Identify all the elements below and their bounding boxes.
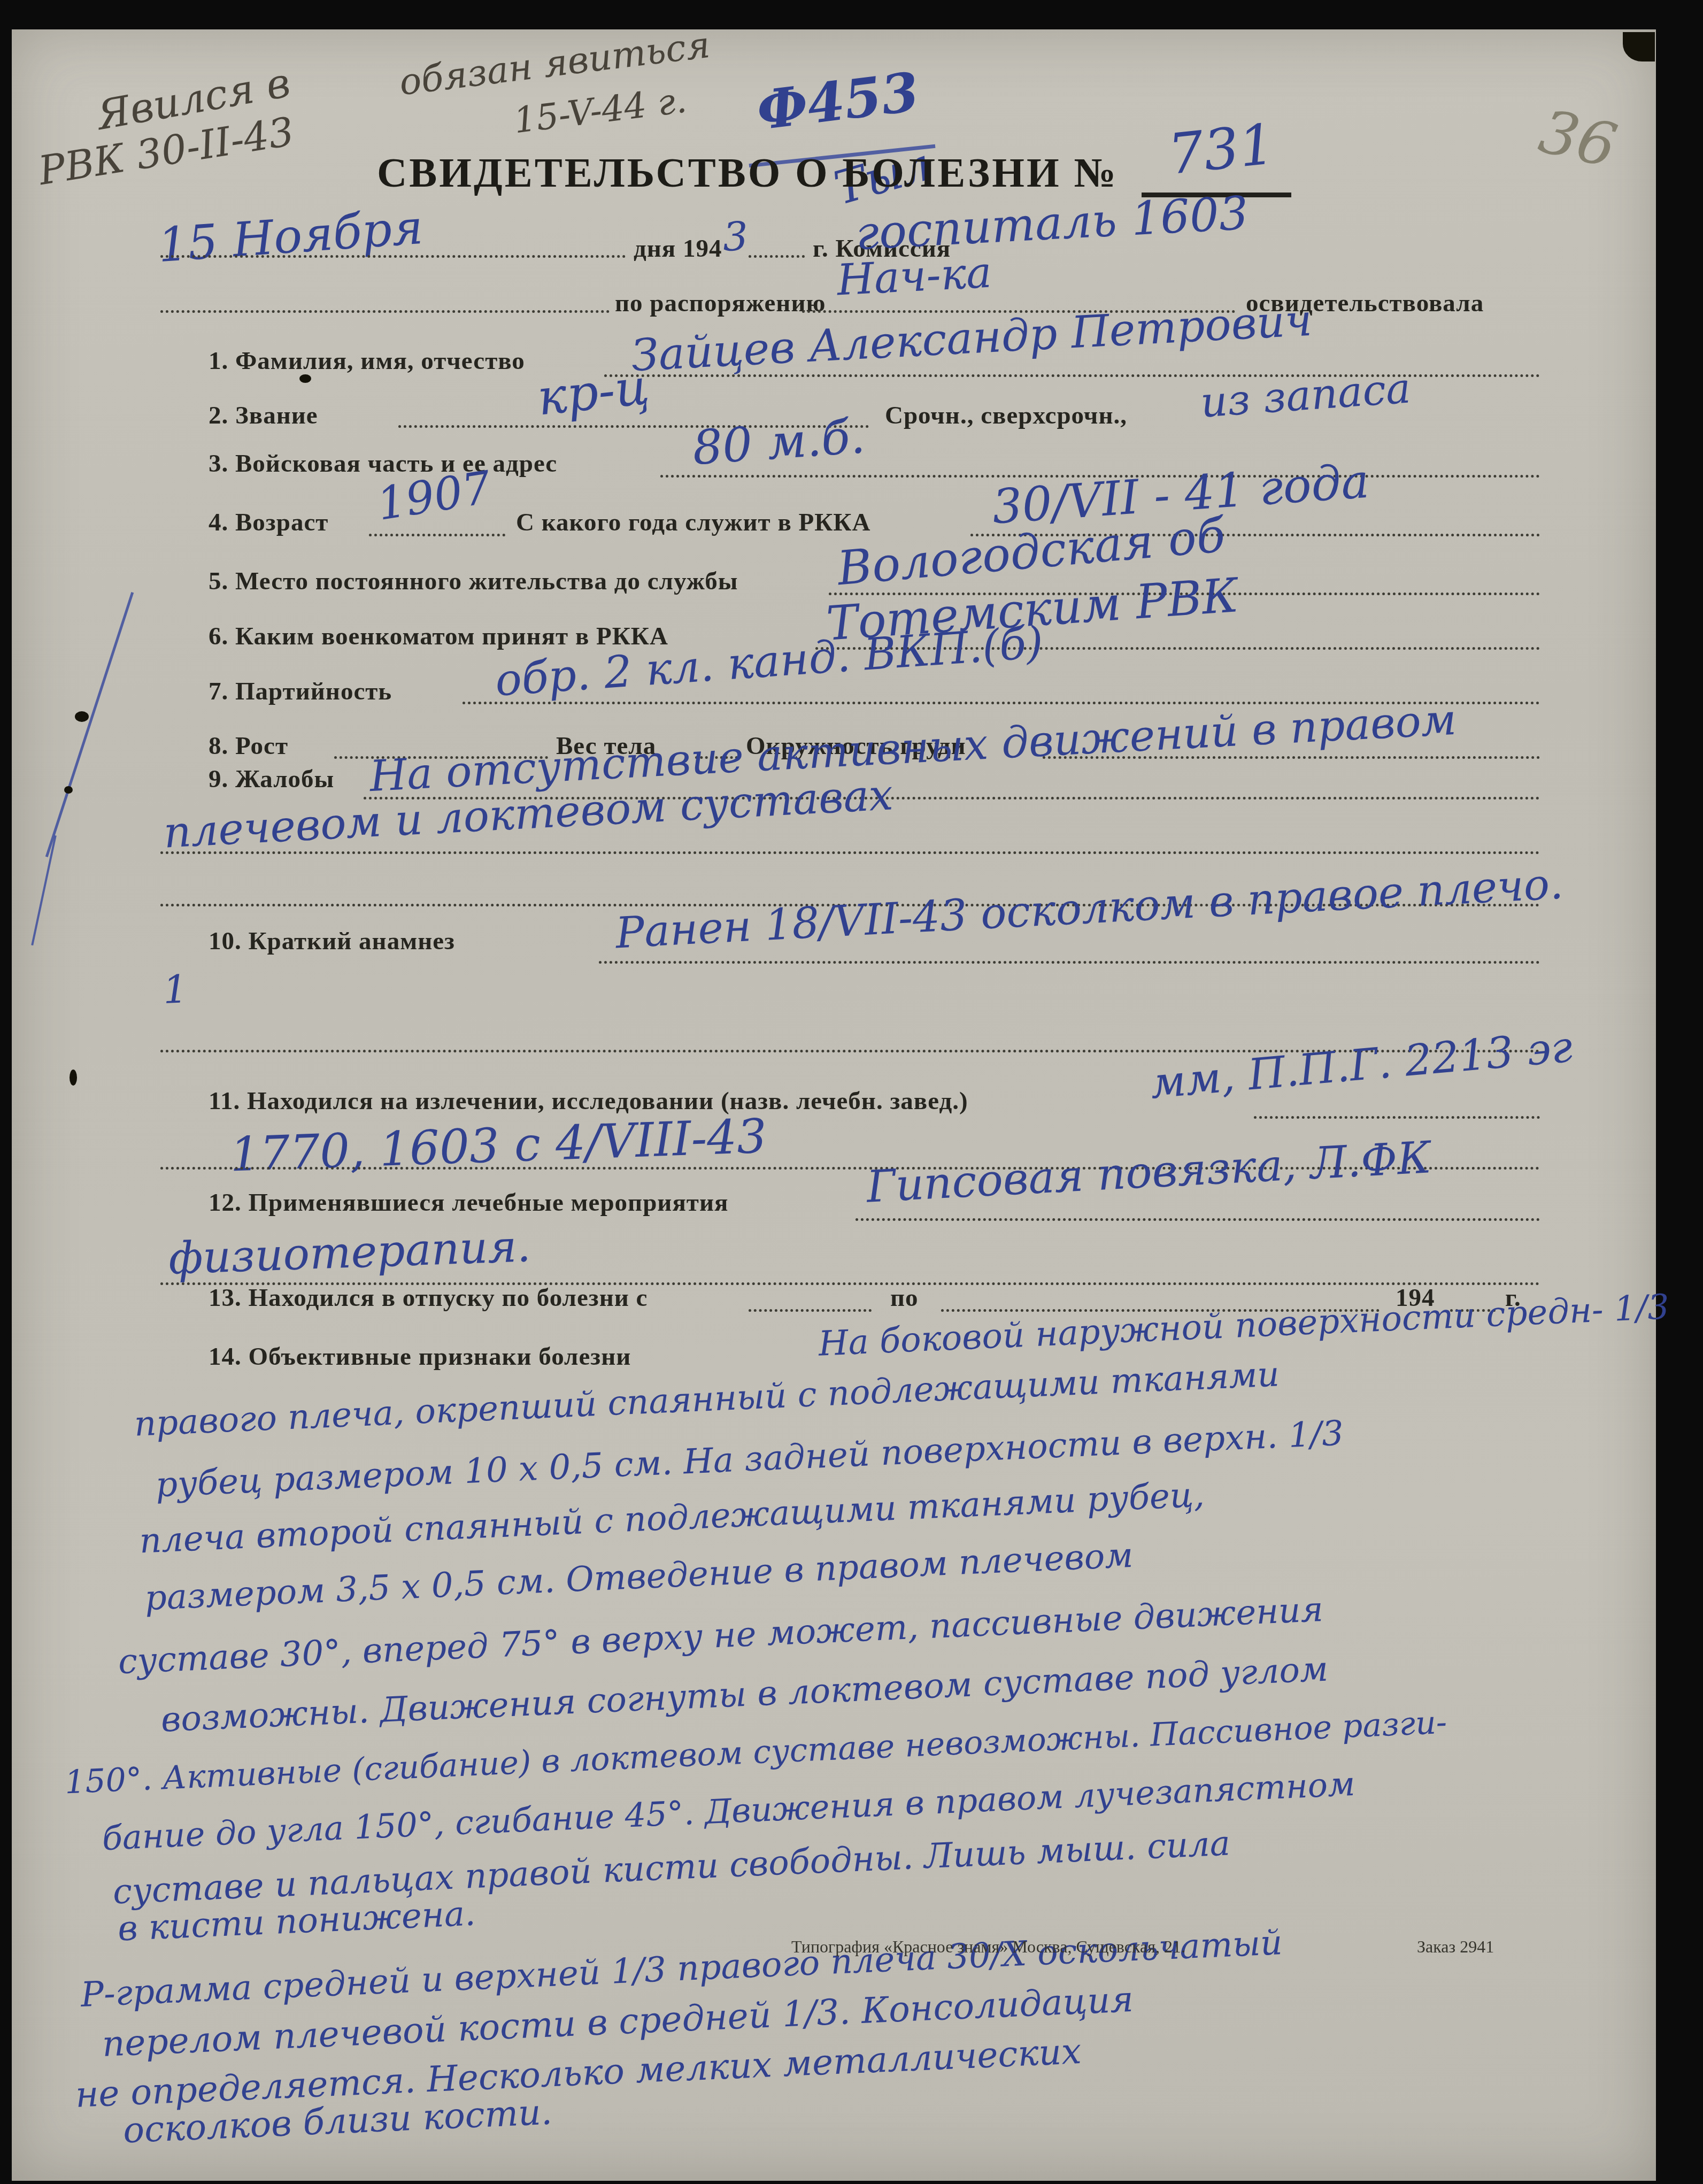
field10-label: 10. Краткий анамнез <box>209 927 455 956</box>
paper-speck <box>75 711 89 722</box>
dotted-line <box>160 310 610 313</box>
field9-value-line1: На отсутствие активных движений в правом <box>368 695 1458 801</box>
dotted-line <box>369 534 505 536</box>
annotation-due-line2: 15-V-44 г. <box>512 80 689 142</box>
document-number-handwritten: 731 <box>1165 111 1277 187</box>
field11-label: 11. Находился на излечении, исследовании… <box>209 1087 968 1116</box>
paper-speck <box>70 1070 77 1086</box>
field1-label: 1. Фамилия, имя, отчество <box>209 347 525 375</box>
dotted-line <box>856 1218 1540 1221</box>
commission-handwritten: госпиталь 1603 <box>854 187 1250 260</box>
pencil-page-number: 36 <box>1533 97 1623 182</box>
dotted-line <box>749 1309 872 1312</box>
field11-value-line1: мм, П.П.Г. 2213 эг <box>1148 1022 1574 1109</box>
margin-ink-stroke <box>45 592 134 857</box>
field12-label: 12. Применявшиеся лечебные мероприятия <box>209 1188 728 1217</box>
field2-value2: из запаса <box>1199 364 1412 427</box>
paper-speck <box>1623 32 1655 61</box>
field2-value: кр-ц <box>535 358 652 426</box>
field9-label: 9. Жалобы <box>209 765 334 794</box>
field5-label: 5. Место постоянного жительства до служб… <box>209 567 738 596</box>
field4-label2: С какого года служит в РККА <box>516 508 870 537</box>
field6-label: 6. Каким военкоматом принят в РККА <box>209 622 668 651</box>
date-year-label: дня 194 <box>634 234 722 263</box>
paper-speck <box>64 786 73 794</box>
field13-label: 13. Находился в отпуску по болезни с <box>209 1283 648 1312</box>
scanned-document-photo: { "annotations": { "arrived_line1": "Яви… <box>0 0 1703 2184</box>
field7-label: 7. Партийность <box>209 677 392 706</box>
field3-label: 3. Войсковая часть и ее адрес <box>209 449 557 478</box>
document-content: Явился в РВК 30-II-43 обязан явиться 15-… <box>0 0 1703 2184</box>
field3-value: 80 м.б. <box>691 409 867 475</box>
dotted-line <box>749 255 805 258</box>
order-handwritten: Нач-ка <box>836 247 993 305</box>
dotted-line <box>160 851 1540 854</box>
field14-line: На боковой наружной поверхности средн- 1… <box>818 1287 1670 1364</box>
document-title: СВИДЕТЕЛЬСТВО О БОЛЕЗНИ № <box>377 149 1118 197</box>
order-label: по распоряжению <box>615 289 826 318</box>
dotted-line <box>160 255 626 258</box>
field12-value-line1: Гипсовая повязка, Л.ФК <box>865 1132 1432 1212</box>
field4-label: 4. Возраст <box>209 508 328 537</box>
annotation-blue-code: Ф453 <box>753 60 922 142</box>
field2-label: 2. Звание <box>209 401 318 430</box>
field8-label: 8. Рост <box>209 732 288 760</box>
dotted-line <box>1254 1116 1540 1119</box>
field13-label2: по <box>890 1283 919 1312</box>
field14-label: 14. Объективные признаки болезни <box>209 1342 631 1371</box>
date-year-handwritten: 3 <box>722 213 749 260</box>
printer-imprint: Типография «Красное знамя» Москва, Сущев… <box>791 1937 1185 1957</box>
margin-ink-stroke <box>31 835 57 945</box>
dotted-line <box>599 961 1540 964</box>
paper-speck <box>299 374 311 383</box>
margin-note-handwritten: 1 <box>162 966 188 1012</box>
field12-value-line2: физиотерапия. <box>168 1221 531 1285</box>
date-day-handwritten: 15 Ноября <box>156 199 425 273</box>
field11-value-line2: 1770, 1603 с 4/VIII-43 <box>229 1109 768 1182</box>
field10-value: Ранен 18/VII-43 осколком в правое плечо. <box>614 859 1565 958</box>
field2-label2: Срочн., сверхсрочн., <box>885 401 1127 430</box>
print-order-number: Заказ 2941 <box>1417 1937 1494 1957</box>
